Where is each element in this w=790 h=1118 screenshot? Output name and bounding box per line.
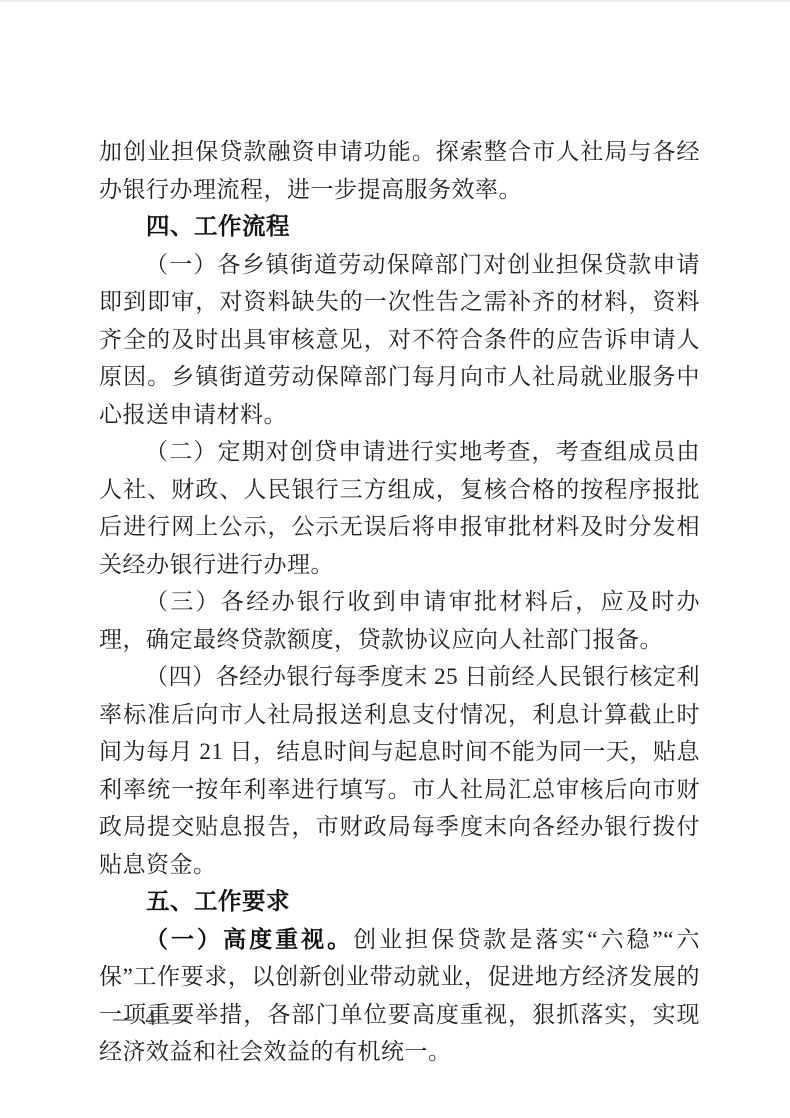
paragraph-process-item-4: （四）各经办银行每季度末 25 日前经人民银行核定利率标准后向市人社局报送利息支…	[99, 658, 700, 883]
document-body: 加创业担保贷款融资申请功能。探索整合市人社局与各经办银行办理流程，进一步提高服务…	[99, 133, 700, 1071]
page-number: — 4 —	[113, 1003, 191, 1033]
paragraph-process-item-1: （一）各乡镇街道劳动保障部门对创业担保贷款申请即到即审，对资料缺失的一次性告之需…	[99, 246, 700, 434]
paragraph-process-item-2: （二）定期对创贷申请进行实地考查，考查组成员由人社、财政、人民银行三方组成，复核…	[99, 433, 700, 583]
paragraph-process-item-3: （三）各经办银行收到申请审批材料后，应及时办理，确定最终贷款额度，贷款协议应向人…	[99, 583, 700, 658]
requirement-1-lead: （一）高度重视。	[145, 927, 353, 952]
section-heading-work-process: 四、工作流程	[99, 208, 700, 246]
scan-artifact-line	[0, 0, 790, 2]
paragraph-requirement-1: （一）高度重视。创业担保贷款是落实“六稳”“六保”工作要求，以创新创业带动就业，…	[99, 921, 700, 1071]
section-heading-work-requirements: 五、工作要求	[99, 883, 700, 921]
paragraph-continuation: 加创业担保贷款融资申请功能。探索整合市人社局与各经办银行办理流程，进一步提高服务…	[99, 133, 700, 208]
document-page: 加创业担保贷款融资申请功能。探索整合市人社局与各经办银行办理流程，进一步提高服务…	[0, 0, 790, 1118]
